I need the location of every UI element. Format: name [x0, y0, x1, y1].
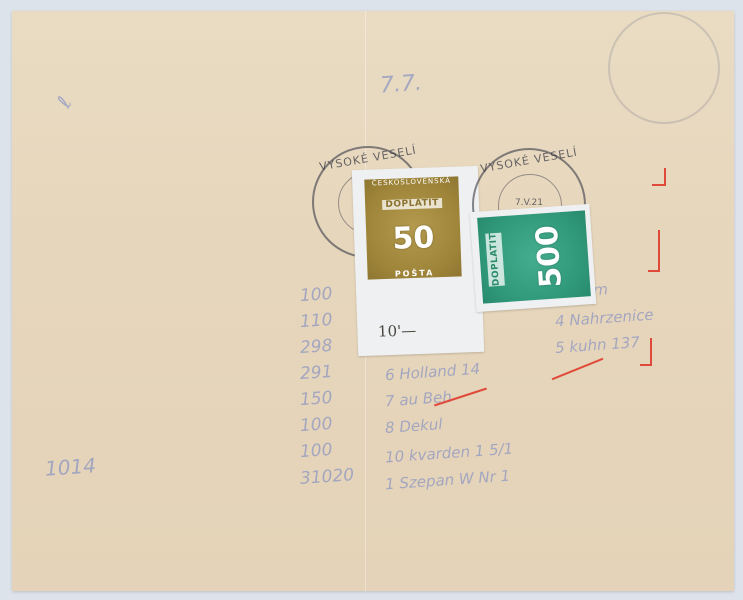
stamp-country: POŠTA	[395, 268, 435, 278]
handwritten-amount: 291	[299, 362, 333, 384]
stamp-label: DOPLATIT	[486, 233, 506, 287]
handwritten-amount: 110	[299, 310, 333, 332]
handwritten-amount: 100	[299, 284, 333, 306]
stamp-value: 500	[530, 223, 569, 288]
handwritten-amount: 100	[299, 440, 333, 462]
handwritten-amount: 150	[299, 388, 333, 410]
handwritten-amount: 31020	[299, 465, 354, 489]
selvage-sheet-number: 10'—	[378, 321, 417, 340]
handwritten-top-note: 7.7.	[379, 71, 423, 99]
red-check-mark	[640, 338, 652, 366]
handwritten-amount: 100	[299, 414, 333, 436]
red-check-mark	[648, 230, 660, 272]
stamp-value: 50	[392, 221, 435, 257]
postage-due-stamp-50: ČESKOSLOVENSKÁ DOPLATIT 50 POŠTA	[364, 176, 461, 279]
stamp-label: DOPLATIT	[382, 198, 442, 210]
faint-postmark	[608, 12, 720, 124]
handwritten-amount: 298	[299, 336, 333, 358]
red-check-mark	[652, 168, 666, 186]
postage-due-stamp-500: DOPLATIT 500	[477, 210, 591, 303]
handwritten-bottom-left: 1014	[44, 453, 96, 480]
